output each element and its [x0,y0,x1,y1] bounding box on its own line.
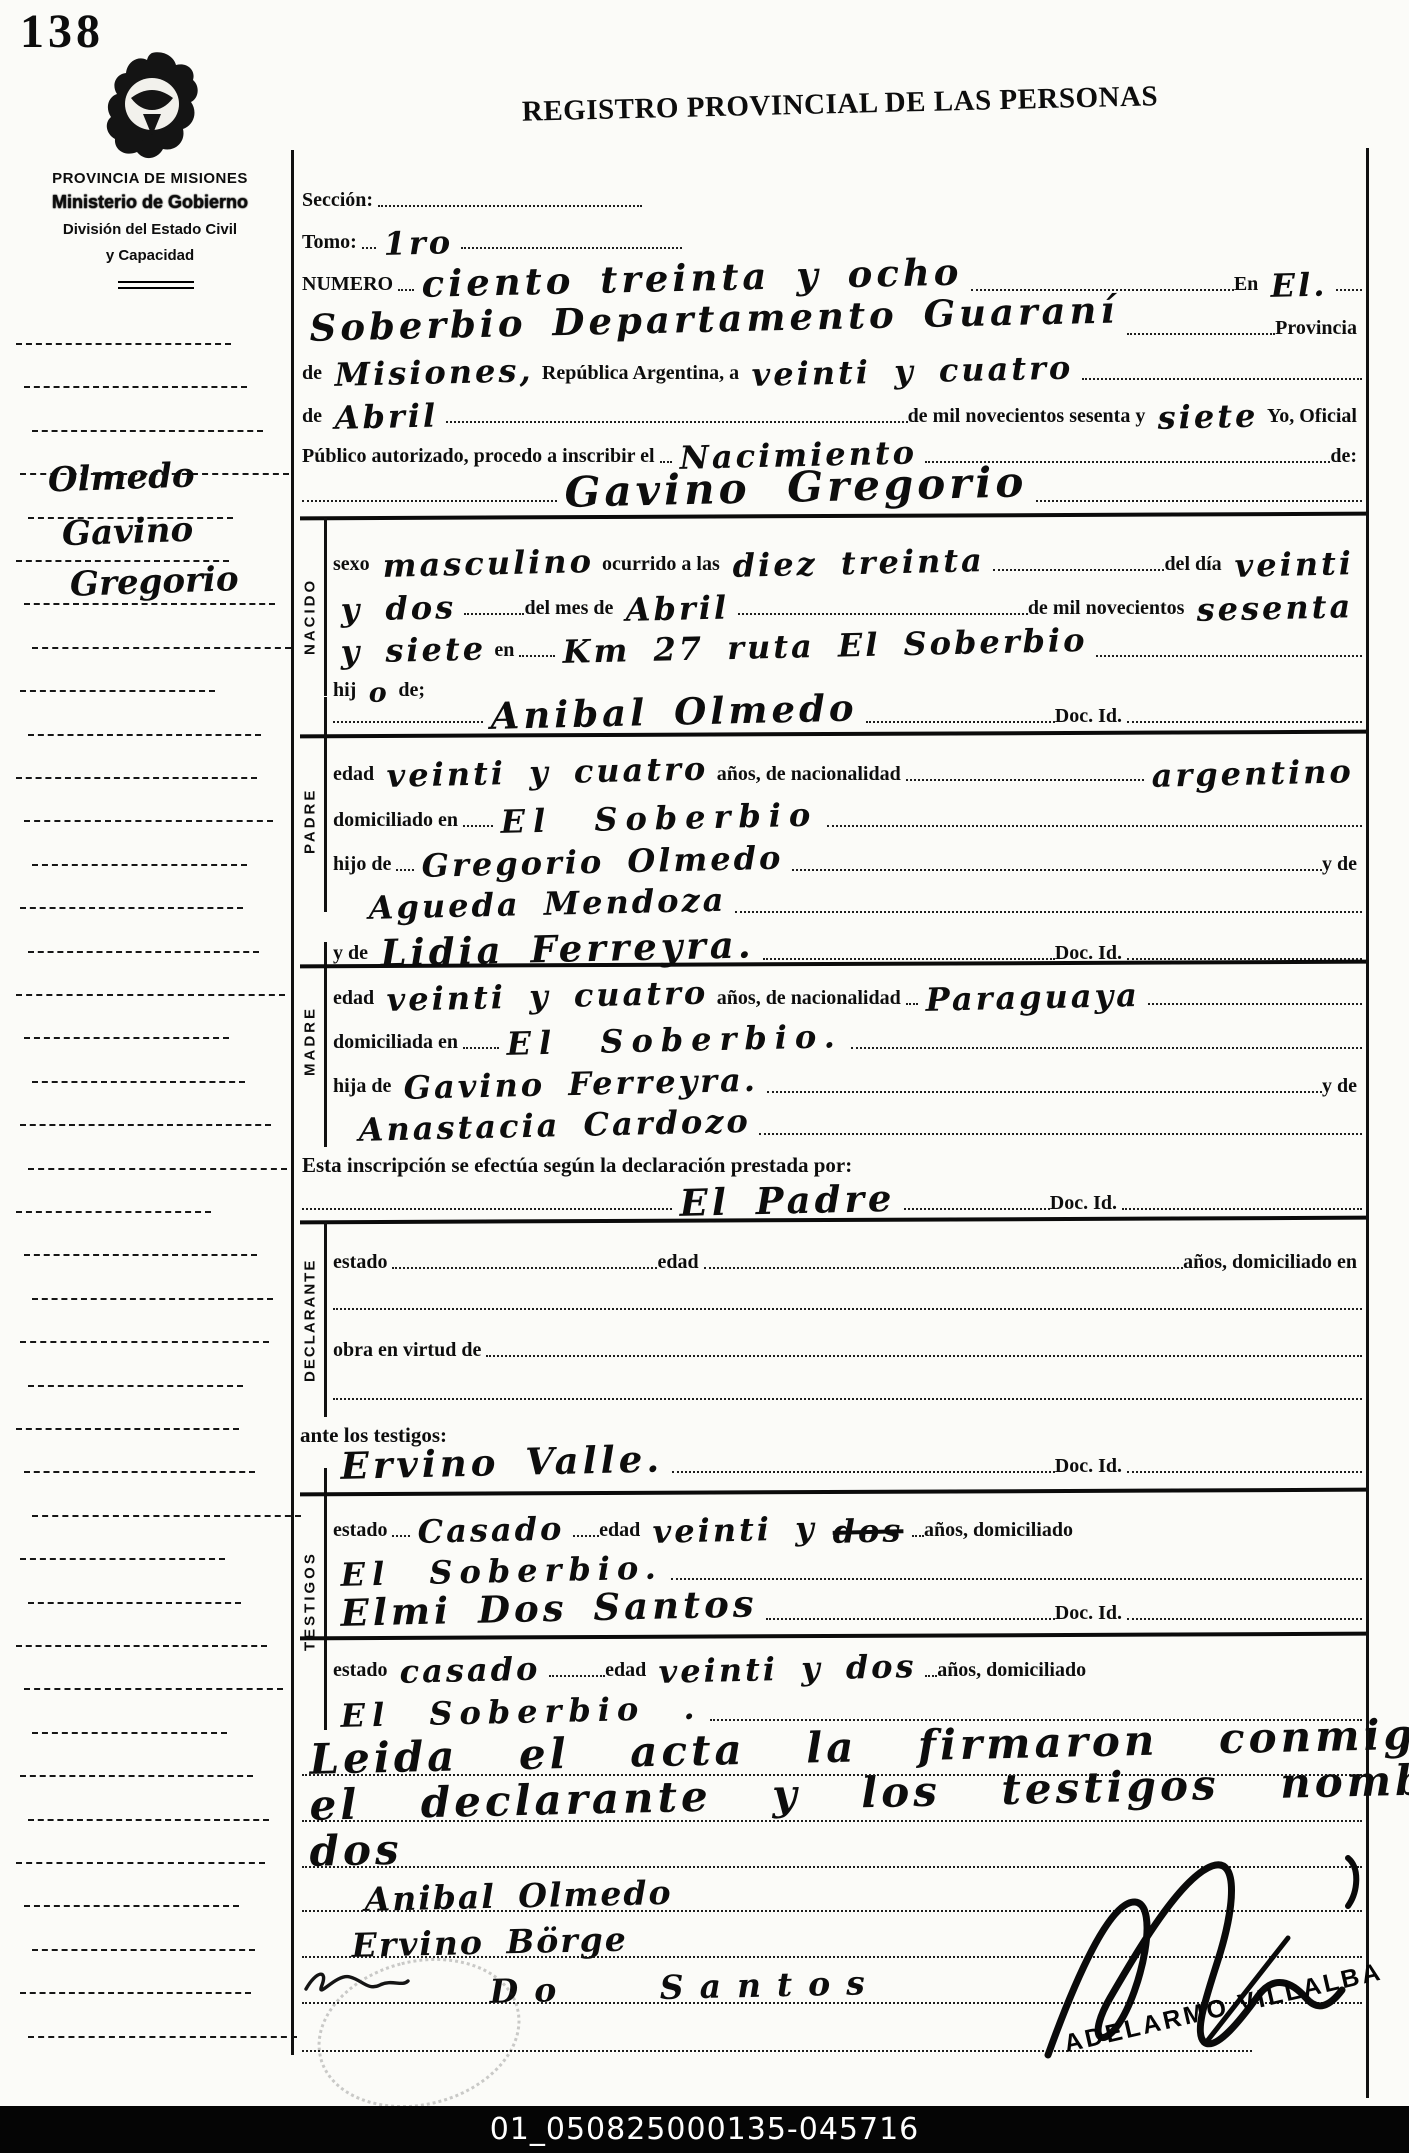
estado-label: estado [333,1520,392,1542]
inscripto-nombre: Gavino Gregorio [556,464,1035,511]
footer-code-bar: 01_050825000135-045716 [0,2106,1409,2153]
padre-nombre: Anibal Olmedo [482,692,866,732]
hijo-de-label: hijo de [333,854,396,876]
estado-label: estado [333,1660,392,1682]
testigo1-estado-value: Casado [410,1515,573,1546]
row-testigo1-datos: estado Casado edad veinti y dos años, do… [333,1502,1362,1542]
row-sexo: sexo masculino ocurrido a las diez trein… [333,536,1362,576]
declarante-blank-line [333,1308,1362,1310]
margin-note-firstname: Gavino [61,510,193,555]
provincia-label: Provincia [1275,318,1362,340]
testigo2-nombre: Elmi Dos Santos [332,1588,766,1629]
letterhead-divider [118,281,194,289]
rule-under-inscripto [300,512,1366,521]
row-padre-domicilio: domiciliado en El Soberbio [333,792,1362,832]
form-title: REGISTRO PROVINCIAL DE LAS PERSONAS [500,80,1181,130]
edad-label: edad [333,988,379,1010]
row-provincia: de Misiones, República Argentina, a vein… [302,345,1362,385]
ocurrido-label: ocurrido a las [602,554,725,576]
testigos-section-label: TESTIGOS [298,1536,322,1666]
del-dia-label: del día [1164,554,1226,576]
padre-edad-value: veinti y cuatro [379,755,717,790]
madre-nacionalidad-value: Paraguaya [917,982,1148,1014]
anio-label: de mil novecientos sesenta y [908,406,1151,428]
anio-nacimiento-label: de mil novecientos [1028,598,1190,620]
en-value: El. [1263,271,1336,300]
row-testigo2-nombre: Elmi Dos Santos Doc. Id. [333,1585,1362,1625]
abuela-paterna-value: Agueda Mendoza [360,886,734,922]
obra-label: obra en virtud de [333,1340,486,1362]
scanned-birth-record: 138 PROVINCIA DE MISIONES Ministerio de … [0,0,1409,2153]
letterhead-province: PROVINCIA DE MISIONES [18,170,282,187]
row-madre-domicilio: domiciliada en El Soberbio. [333,1014,1362,1054]
declarado-por-value: El Padre [671,1182,904,1219]
anos-domiciliado-label: años, domiciliado [937,1660,1091,1682]
testigo1-edad-struck-value: dos [825,1517,912,1546]
numero-label: NUMERO [302,274,398,296]
de-label: de [302,363,327,385]
dia-value: veinti [1226,550,1362,580]
margin-note-middlename: Gregorio [69,559,239,605]
form-left-border [291,150,294,2055]
provincial-seal-icon [104,50,200,167]
nacido-bracket [324,518,327,696]
testigos-bracket [324,1468,327,1730]
dia-value2: y dos [332,594,464,624]
edad-label: edad [657,1252,703,1274]
nacionalidad-label: años, de nacionalidad [717,764,906,786]
testigo1-nombre: Ervino Valle. [332,1443,671,1482]
letterhead-ministry: Ministerio de Gobierno [18,192,282,213]
nacido-section-label: NACIDO [298,550,322,682]
rule-under-testigo1 [300,1488,1366,1497]
domiciliado-label: domiciliado en [333,810,463,832]
lugar-value: Soberbio Departamento Guaraní [301,294,1126,344]
cierre-linea3: dos [301,1832,411,1870]
y-de-label: y de [333,943,373,965]
row-padre-abuela: Agueda Mendoza [333,878,1362,918]
del-mes-label: del mes de [524,598,618,620]
tomo-value: 1ro [375,229,461,258]
row-padre-edad: edad veinti y cuatro años, de nacionalid… [333,746,1362,786]
hora-value: diez treinta [724,547,993,580]
row-declaracion-intro: Esta inscripción se efectúa según la dec… [302,1138,1362,1178]
y-de-label: y de [1322,854,1362,876]
row-madre-nombre: y de Lidia Ferreyra. Doc. Id. [333,925,1362,965]
doc-id-label: Doc. Id. [1055,1603,1127,1625]
firma-testigo1: Ervino Börge [343,1925,636,1960]
testigo1-edad-value: veinti y [645,1515,826,1546]
row-testigo1-domicilio: El Soberbio. [333,1545,1362,1585]
madre-edad-value: veinti y cuatro [379,979,717,1014]
abuelo-materno-value: Gavino Ferreyra. [396,1066,767,1102]
row-testigo1-nombre: Ervino Valle. Doc. Id. [333,1438,1362,1478]
official-signature-icon [1030,1840,1360,2095]
letterhead-capacity: y Capacidad [18,247,282,264]
de-label: de [302,406,327,428]
fecha-dia-value: veinti y cuatro [744,354,1082,389]
letterhead-division: División del Estado Civil [18,221,282,238]
padre-bracket [324,697,327,912]
padre-nacionalidad-value: argentino [1143,758,1362,790]
madre-domicilio-value: El Soberbio. [498,1023,851,1058]
declarante-blank-line2 [333,1398,1362,1400]
row-dia-mes: y dos del mes de Abril de mil noveciento… [333,580,1362,620]
row-testigo2-datos: estado casado edad veinti y dos años, do… [333,1642,1362,1682]
mes-nacimiento-value: Abril [618,594,738,624]
hija-de-label: hija de [333,1076,396,1098]
sexo-label: sexo [333,554,375,576]
row-obra-en-virtud: obra en virtud de [333,1322,1362,1362]
row-declarante-datos: estado edad años, domiciliado en [333,1234,1362,1274]
doc-id-label: Doc. Id. [1055,706,1127,728]
domiciliada-label: domiciliada en [333,1032,463,1054]
row-inscripto-nombre: Gavino Gregorio [302,455,1362,507]
republica-label: República Argentina, a [542,363,744,385]
sexo-value: masculino [374,548,602,580]
y-de-label: y de [1322,1076,1362,1098]
anos-domiciliado-label: años, domiciliado [924,1520,1078,1542]
padre-section-label: PADRE [298,766,322,876]
row-lugar: Soberbio Departamento Guaraní Provincia [302,300,1362,340]
row-declarado-por: El Padre Doc. Id. [302,1175,1362,1215]
firma-declarante: Anibal Olmedo [356,1879,680,1914]
row-seccion: Sección: [302,172,642,212]
estado-label: estado [333,1252,392,1274]
testigo2-estado-value: casado [392,1655,549,1686]
rule-under-testigo2 [300,1632,1366,1641]
nacionalidad-label: años, de nacionalidad [717,988,906,1010]
tomo-label: Tomo: [302,232,362,254]
lugar-nacimiento-value: Km 27 ruta El Soberbio [555,627,1096,666]
page-number: 138 [20,4,104,59]
anio-nacimiento-value: sesenta [1189,593,1362,624]
madre-bracket [324,942,327,1147]
doc-id-label: Doc. Id. [1055,1456,1127,1478]
row-madre-abuelo: hija de Gavino Ferreyra. y de [333,1058,1362,1098]
row-padre-abuelo: hijo de Gregorio Olmedo y de [333,836,1362,876]
yo-oficial-label: Yo, Oficial [1267,406,1362,428]
row-lugar-nacimiento: y siete en Km 27 ruta El Soberbio [333,622,1362,662]
en-label: En [1234,274,1263,296]
declarante-section-label: DECLARANTE [298,1230,322,1410]
padre-domicilio-value: El Soberbio [492,801,826,836]
row-cierre-2: el declarante y los testigos nombra- [302,1772,1362,1822]
en-label: en [494,640,519,662]
edad-label: edad [605,1660,651,1682]
seccion-blank [378,205,642,207]
margin-note-surname: Olmedo [47,455,195,500]
declarante-bracket [324,1222,327,1417]
testigo2-domicilio-value: El Soberbio . [332,1694,709,1730]
row-numero: NUMERO ciento treinta y ocho En El. [302,256,1362,296]
firma-testigo2: Do Santos [481,1969,889,2006]
row-fecha: de Abril de mil novecientos sesenta y si… [302,388,1362,428]
testigo2-edad-value: veinti y dos [651,1653,925,1686]
madre-section-label: MADRE [298,986,322,1096]
row-madre-abuela: Anastacia Cardozo [333,1100,1362,1140]
doc-id-label: Doc. Id. [1050,1193,1122,1215]
row-padre-nombre: Anibal Olmedo Doc. Id. [333,688,1362,728]
abuelo-paterno-value: Gregorio Olmedo [414,844,792,880]
row-madre-edad: edad veinti y cuatro años, de nacionalid… [333,970,1362,1010]
edad-label: edad [599,1520,645,1542]
provincia-value: Misiones, [326,357,541,389]
domiciliado-en-label: años, domiciliado en [1183,1252,1362,1274]
edad-label: edad [333,764,379,786]
footer-code: 01_050825000135-045716 [490,2112,920,2147]
row-tomo: Tomo: 1ro [302,214,682,254]
seccion-label: Sección: [302,190,378,212]
rule-under-padre [300,730,1366,739]
